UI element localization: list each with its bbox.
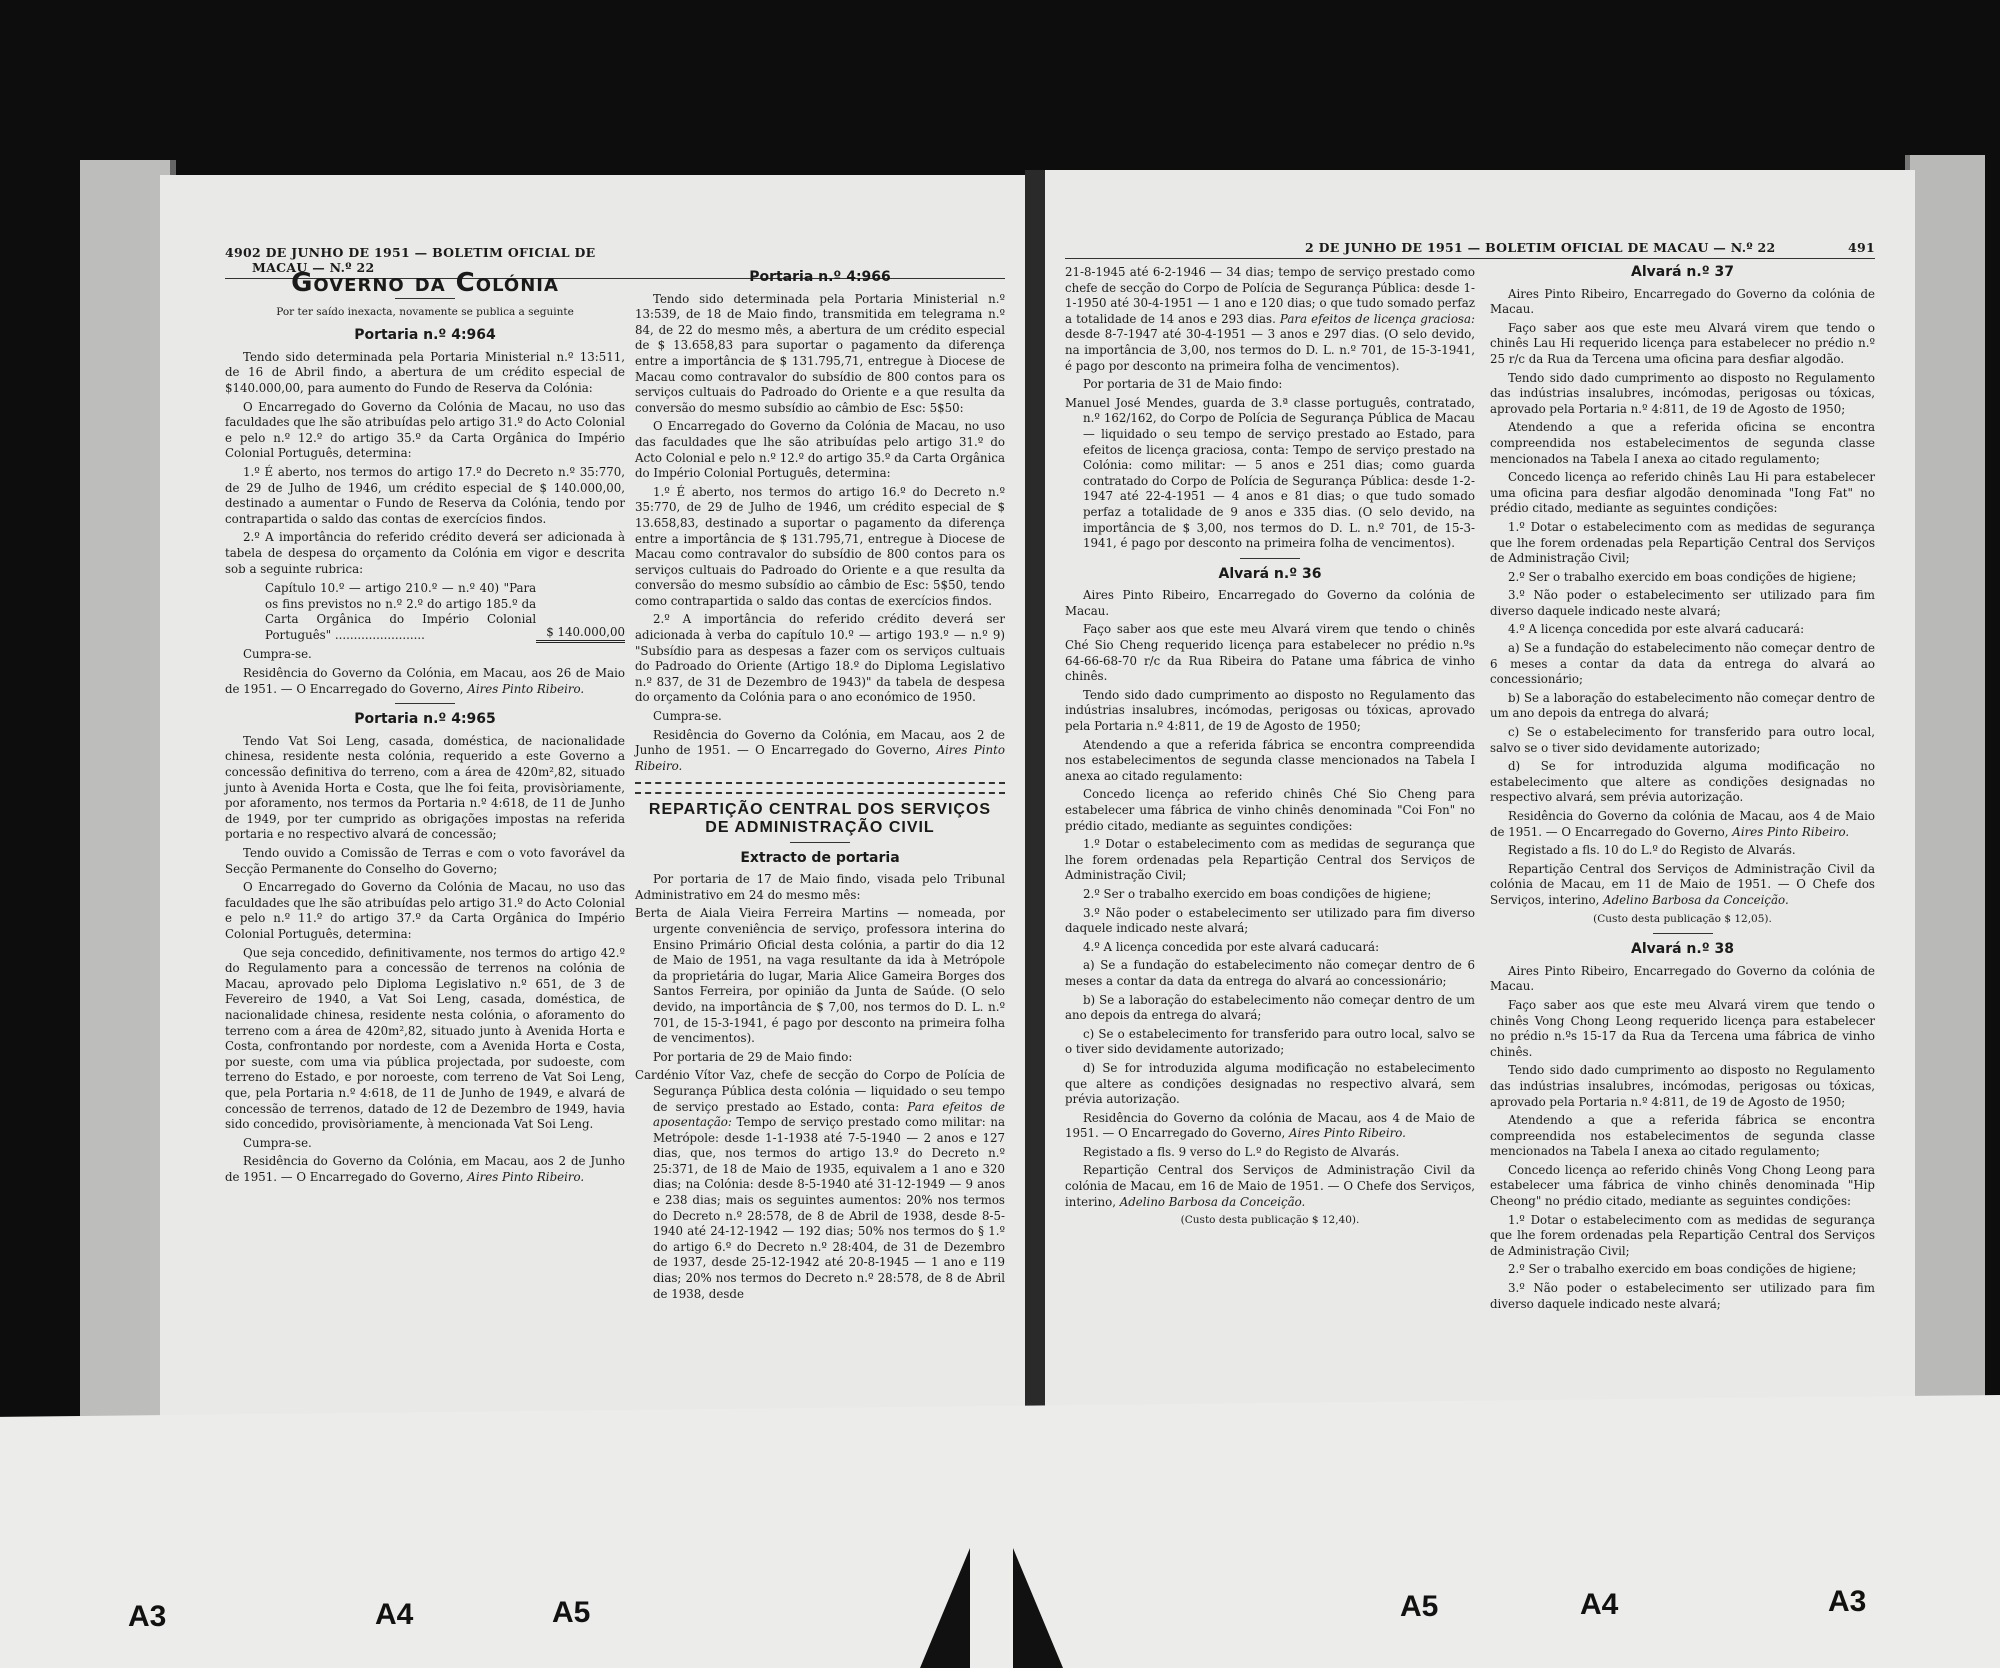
paragraph: 1.º É aberto, nos termos do artigo 17.º …: [225, 465, 625, 527]
film-marker: A4: [1580, 1588, 1618, 1622]
right-page: 2 DE JUNHO DE 1951 — BOLETIM OFICIAL DE …: [1045, 170, 1915, 1425]
paragraph: 1.º É aberto, nos termos do artigo 16.º …: [635, 485, 1005, 610]
condition: 3.º Não poder o estabelecimento ser util…: [1490, 1281, 1875, 1312]
condition: c) Se o estabelecimento for transferido …: [1065, 1027, 1475, 1058]
paragraph: Tendo sido determinada pela Portaria Min…: [635, 292, 1005, 417]
registo: Registado a fls. 10 do L.º do Registo de…: [1490, 843, 1875, 859]
divider: [790, 842, 850, 843]
paragraph: Concedo licença ao referido chinês Ché S…: [1065, 787, 1475, 834]
paragraph: Tendo ouvido a Comissão de Terras e com …: [225, 846, 625, 877]
rubric-amount: $ 140.000,00: [536, 625, 625, 644]
paragraph: Aires Pinto Ribeiro, Encarregado do Gove…: [1490, 964, 1875, 995]
condition: 3.º Não poder o estabelecimento ser util…: [1490, 588, 1875, 619]
rubric-text: Capítulo 10.º — artigo 210.º — n.º 40) "…: [265, 581, 536, 643]
center-triangle-right-icon: [1013, 1548, 1063, 1668]
condition: 2.º Ser o trabalho exercido em boas cond…: [1065, 887, 1475, 903]
reparticao-closing: Repartição Central dos Serviços de Admin…: [1490, 862, 1875, 909]
entry: Manuel José Mendes, guarda de 3.ª classe…: [1065, 396, 1475, 552]
paragraph: Tendo sido dado cumprimento ao disposto …: [1065, 688, 1475, 735]
running-title: 2 DE JUNHO DE 1951 — BOLETIM OFICIAL DE …: [1305, 240, 1776, 255]
paragraph: Cumpra-se.: [225, 647, 625, 663]
film-marker: A3: [1828, 1585, 1866, 1619]
closing: Residência do Governo da colónia de Maca…: [1065, 1111, 1475, 1142]
paragraph: Tendo sido determinada pela Portaria Min…: [225, 350, 625, 397]
paragraph: Faço saber aos que este meu Alvará virem…: [1065, 622, 1475, 684]
paragraph: Tendo sido dado cumprimento ao disposto …: [1490, 371, 1875, 418]
signature: Aires Pinto Ribeiro.: [467, 1170, 584, 1184]
film-marker: A4: [375, 1598, 413, 1632]
condition: 1.º Dotar o estabelecimento com as medid…: [1490, 1213, 1875, 1260]
condition: b) Se a laboração do estabelecimento não…: [1065, 993, 1475, 1024]
paragraph: Atendendo a que a referida fábrica se en…: [1065, 738, 1475, 785]
paragraph: 2.º A importância do referido crédito de…: [635, 612, 1005, 706]
paragraph: Por portaria de 17 de Maio findo, visada…: [635, 872, 1005, 903]
microfilm-strip: [0, 1395, 2000, 1668]
running-header-right: 2 DE JUNHO DE 1951 — BOLETIM OFICIAL DE …: [1065, 240, 1875, 259]
condition: 3.º Não poder o estabelecimento ser util…: [1065, 906, 1475, 937]
registo: Registado a fls. 9 verso do L.º do Regis…: [1065, 1145, 1475, 1161]
condition: 1.º Dotar o estabelecimento com as medid…: [1490, 520, 1875, 567]
paragraph: Atendendo a que a referida oficina se en…: [1490, 420, 1875, 467]
reparticao-title-2: DE ADMINISTRAÇÃO CIVIL: [635, 820, 1005, 836]
portaria-4964-title: Portaria n.º 4:964: [225, 328, 625, 344]
alvara-38-title: Alvará n.º 38: [1490, 942, 1875, 958]
condition: d) Se for introduzida alguma modificação…: [1065, 1061, 1475, 1108]
paragraph: Faço saber aos que este meu Alvará virem…: [1490, 998, 1875, 1060]
closing: Residência do Governo da Colónia, em Mac…: [225, 1154, 625, 1185]
paragraph: Faço saber aos que este meu Alvará virem…: [1490, 321, 1875, 368]
condition: b) Se a laboração do estabelecimento não…: [1490, 691, 1875, 722]
paragraph: Aires Pinto Ribeiro, Encarregado do Gove…: [1065, 588, 1475, 619]
condition: a) Se a fundação do estabelecimento não …: [1065, 958, 1475, 989]
divider: [1240, 558, 1300, 559]
book-edge-right: [1905, 155, 1985, 1425]
left-column-1: Governo da Colónia Por ter saído inexact…: [225, 270, 625, 1188]
reparticao-title-1: REPARTIÇÃO CENTRAL DOS SERVIÇOS: [635, 802, 1005, 818]
condition: 1.º Dotar o estabelecimento com as medid…: [1065, 837, 1475, 884]
divider: [395, 703, 455, 704]
budget-rubric: Capítulo 10.º — artigo 210.º — n.º 40) "…: [225, 581, 625, 643]
condition: 2.º Ser o trabalho exercido em boas cond…: [1490, 570, 1875, 586]
center-triangle-left-icon: [920, 1548, 970, 1668]
section-title: Governo da Colónia: [225, 276, 625, 292]
film-marker: A5: [1400, 1590, 1438, 1624]
entry: Cardénio Vítor Vaz, chefe de secção do C…: [635, 1068, 1005, 1302]
paragraph: Cumpra-se.: [225, 1136, 625, 1152]
paragraph: O Encarregado do Governo da Colónia de M…: [635, 419, 1005, 481]
film-marker: A3: [128, 1600, 166, 1634]
republish-note: Por ter saído inexacta, novamente se pub…: [225, 305, 625, 321]
continuation: 21-8-1945 até 6-2-1946 — 34 dias; tempo …: [1065, 265, 1475, 374]
paragraph: Tendo sido dado cumprimento ao disposto …: [1490, 1063, 1875, 1110]
portaria-4965-title: Portaria n.º 4:965: [225, 712, 625, 728]
closing: Residência do Governo da Colónia, em Mac…: [635, 728, 1005, 775]
paragraph: Que seja concedido, definitivamente, nos…: [225, 946, 625, 1133]
closing: Residência do Governo da Colónia, em Mac…: [225, 666, 625, 697]
ornamental-divider: [635, 782, 1005, 794]
paragraph: Cumpra-se.: [635, 709, 1005, 725]
paragraph: Tendo Vat Soi Leng, casada, doméstica, d…: [225, 734, 625, 843]
condition: c) Se o estabelecimento for transferido …: [1490, 725, 1875, 756]
reparticao-closing: Repartição Central dos Serviços de Admin…: [1065, 1163, 1475, 1210]
alvara-36-title: Alvará n.º 36: [1065, 567, 1475, 583]
publication-cost: (Custo desta publicação $ 12,40).: [1065, 1213, 1475, 1229]
paragraph: Por portaria de 29 de Maio findo:: [635, 1050, 1005, 1066]
entry: Berta de Aiala Vieira Ferreira Martins —…: [635, 906, 1005, 1046]
condition: 4.º A licença concedida por este alvará …: [1490, 622, 1875, 638]
closing: Residência do Governo da colónia de Maca…: [1490, 809, 1875, 840]
signature: Aires Pinto Ribeiro.: [467, 682, 584, 696]
paragraph: Aires Pinto Ribeiro, Encarregado do Gove…: [1490, 287, 1875, 318]
paragraph: Concedo licença ao referido chinês Lau H…: [1490, 470, 1875, 517]
film-marker: A5: [552, 1596, 590, 1630]
paragraph: O Encarregado do Governo da Colónia de M…: [225, 400, 625, 462]
alvara-37-title: Alvará n.º 37: [1490, 265, 1875, 281]
left-page: 490 2 DE JUNHO DE 1951 — BOLETIM OFICIAL…: [160, 175, 1025, 1465]
paragraph: Atendendo a que a referida fábrica se en…: [1490, 1113, 1875, 1160]
right-column-1: 21-8-1945 até 6-2-1946 — 34 dias; tempo …: [1065, 265, 1475, 1232]
condition: 4.º A licença concedida por este alvará …: [1065, 940, 1475, 956]
divider: [1653, 933, 1713, 934]
condition: d) Se for introduzida alguma modificação…: [1490, 759, 1875, 806]
page-number: 491: [1848, 240, 1875, 255]
condition: 2.º Ser o trabalho exercido em boas cond…: [1490, 1262, 1875, 1278]
paragraph: 2.º A importância do referido crédito de…: [225, 530, 625, 577]
paragraph: Por portaria de 31 de Maio findo:: [1065, 377, 1475, 393]
publication-cost: (Custo desta publicação $ 12,05).: [1490, 912, 1875, 928]
paragraph: O Encarregado do Governo da Colónia de M…: [225, 880, 625, 942]
book-gutter: [1025, 170, 1045, 1460]
extract-title: Extracto de portaria: [635, 851, 1005, 867]
right-column-2: Alvará n.º 37 Aires Pinto Ribeiro, Encar…: [1490, 265, 1875, 1315]
portaria-4966-title: Portaria n.º 4:966: [635, 270, 1005, 286]
left-column-2: Portaria n.º 4:966 Tendo sido determinad…: [635, 270, 1005, 1305]
paragraph: Concedo licença ao referido chinês Vong …: [1490, 1163, 1875, 1210]
condition: a) Se a fundação do estabelecimento não …: [1490, 641, 1875, 688]
